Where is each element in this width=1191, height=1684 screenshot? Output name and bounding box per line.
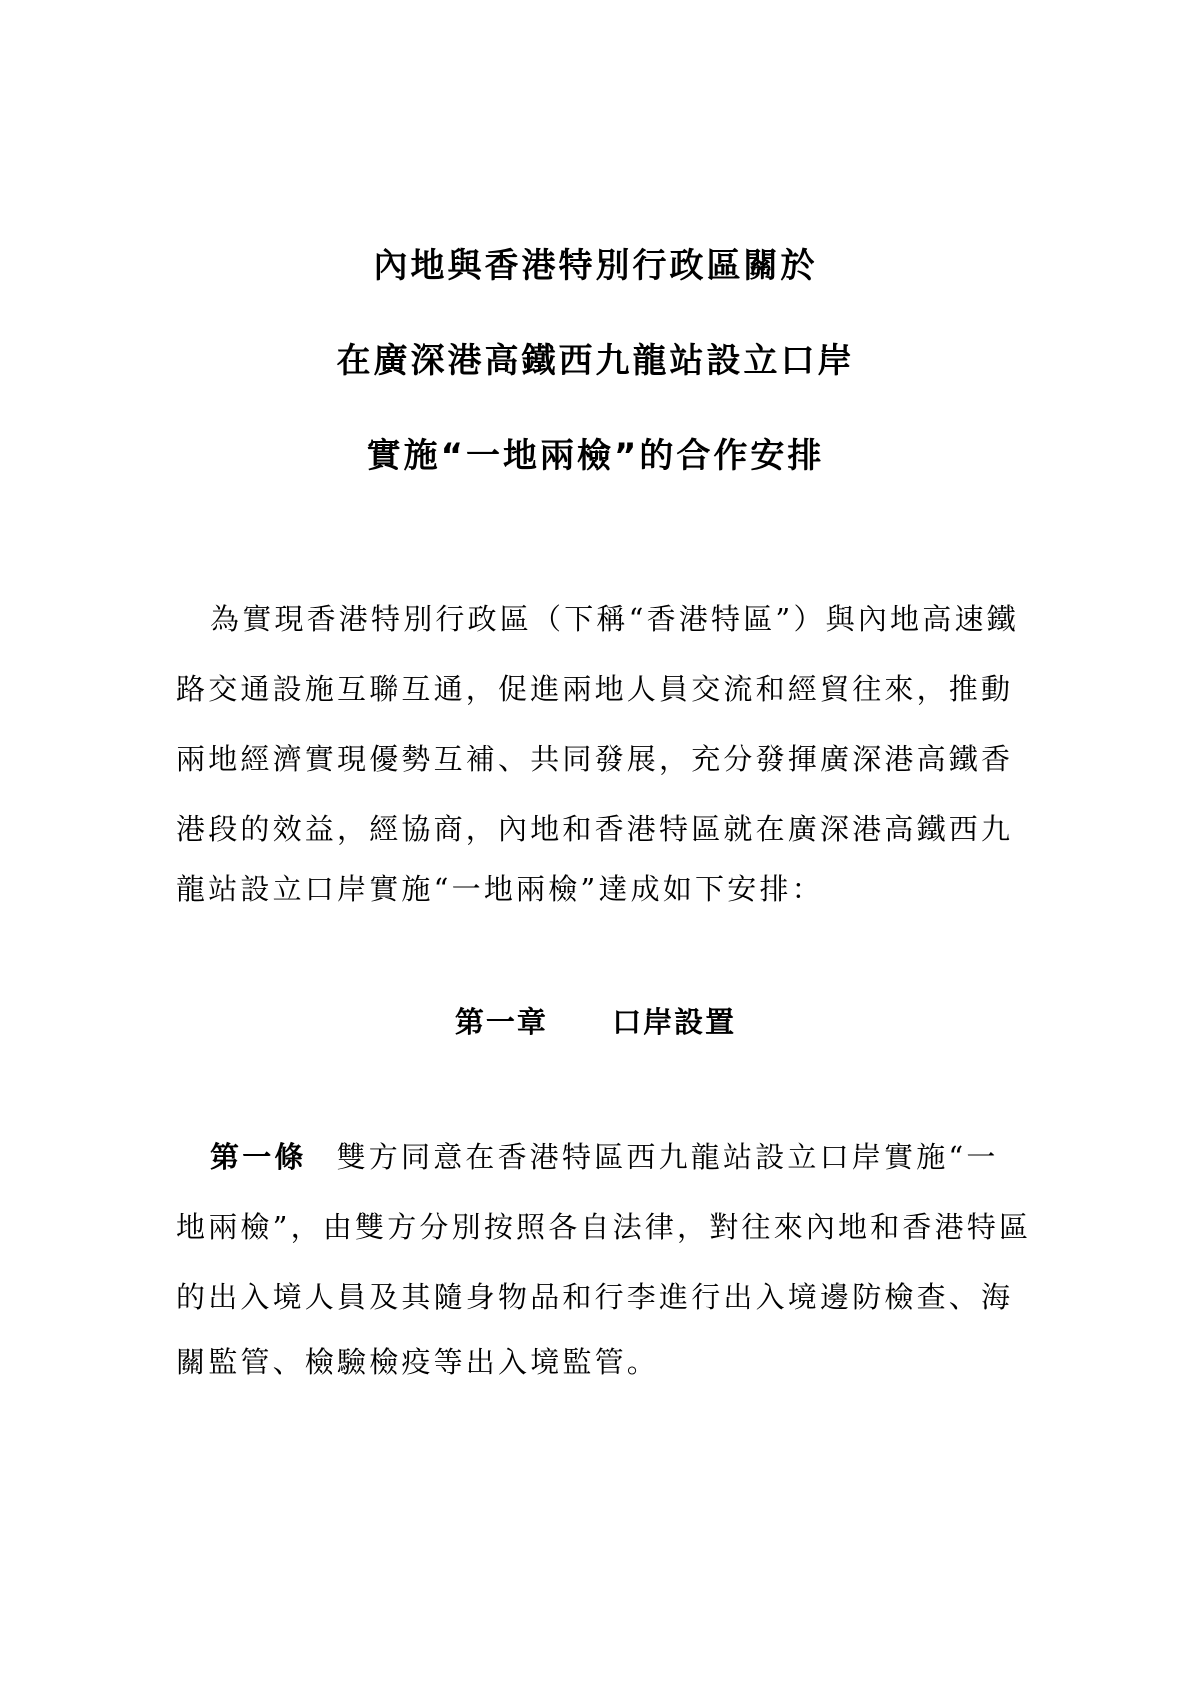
article-1-text-1: 雙方同意在香港特區西九龍站設立口岸實施“一 [337,1140,999,1174]
article-1-line-1: 第一條雙方同意在香港特區西九龍站設立口岸實施“一 [210,1135,999,1176]
article-1-line-2: 地兩檢”，由雙方分別按照各自法律，對往來內地和香港特區 [176,1205,1031,1246]
article-1-line-3: 的出入境人員及其隨身物品和行李進行出入境邊防檢查、海 [176,1275,1013,1316]
title-line-2: 在廣深港高鐵西九龍站設立口岸 [0,333,1191,382]
title-line-1: 內地與香港特別行政區關於 [0,238,1191,287]
preamble-line-5: 龍站設立口岸實施“一地兩檢”達成如下安排： [176,867,824,908]
chapter-title: 口岸設置 [612,1005,736,1039]
preamble-line-3: 兩地經濟實現優勢互補、共同發展，充分發揮廣深港高鐵香 [176,737,1013,778]
preamble-line-1: 為實現香港特別行政區（下稱“香港特區”）與內地高速鐵 [210,597,1019,638]
chapter-heading: 第一章 口岸設置 [0,1000,1191,1041]
article-label: 第一條 [210,1140,307,1174]
article-1-line-4: 關監管、檢驗檢疫等出入境監管。 [176,1340,659,1381]
title-line-3: 實施“一地兩檢”的合作安排 [0,428,1191,477]
chapter-number: 第一章 [455,1005,548,1039]
preamble-line-4: 港段的效益，經協商，內地和香港特區就在廣深港高鐵西九 [176,807,1013,848]
preamble-line-2: 路交通設施互聯互通，促進兩地人員交流和經貿往來，推動 [176,667,1013,708]
